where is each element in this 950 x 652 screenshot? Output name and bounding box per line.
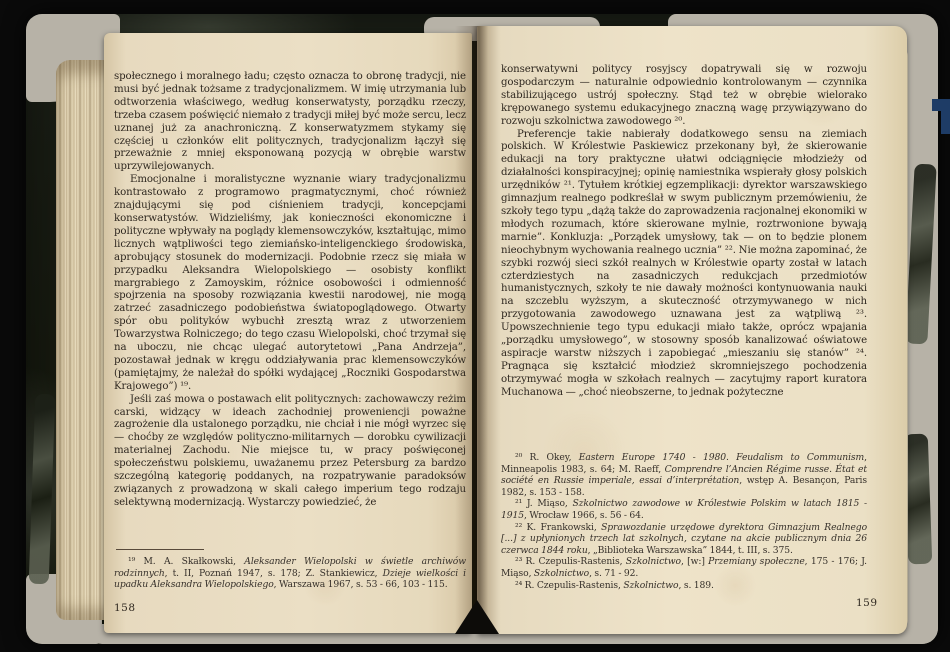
paragraph: Preferencje takie nabierały dodatkowego … (501, 129, 867, 400)
footnote-rule (116, 549, 204, 550)
footnote: ¹⁹ M. A. Skałkowski, Aleksander Wielopol… (114, 556, 466, 591)
paragraph: Jeśli zaś mowa o postawach elit politycz… (114, 394, 466, 510)
cover-marble-streak (904, 434, 933, 565)
paragraph: Emocjonalne i moralistyczne wyznanie wia… (114, 174, 466, 393)
watermark-bar (932, 99, 950, 111)
footnote: ²⁰ R. Okey, Eastern Europe 1740 - 1980. … (501, 452, 867, 498)
watermark-fragment (932, 99, 950, 134)
watermark-bar (941, 111, 950, 134)
page-number-right: 159 (856, 597, 878, 609)
page-number-left: 158 (114, 602, 136, 614)
paragraph: konserwatywni politycy rosyjscy dopatryw… (501, 64, 867, 129)
photo-background: { "left_page": { "page_number": "158", "… (0, 0, 950, 652)
left-page-text-column: społecznego i moralnego ładu; często ozn… (114, 71, 466, 510)
footnote: ²¹ J. Miąso, Szkolnictwo zawodowe w Król… (501, 498, 867, 521)
footnote: ²² K. Frankowski, Sprawozdanie urzędowe … (501, 522, 867, 557)
right-page-footnotes: ²⁰ R. Okey, Eastern Europe 1740 - 1980. … (501, 452, 867, 591)
footnote: ²³ R. Czepulis-Rastenis, Szkolnictwo, [w… (501, 556, 867, 579)
left-page-footnotes: ¹⁹ M. A. Skałkowski, Aleksander Wielopol… (114, 549, 466, 591)
cover-marble-streak (29, 394, 56, 585)
footnote: ²⁴ R. Czepulis-Rastenis, Szkolnictwo, s.… (501, 580, 867, 592)
right-page-text-column: konserwatywni politycy rosyjscy dopatryw… (501, 64, 867, 400)
paragraph: społecznego i moralnego ładu; często ozn… (114, 71, 466, 174)
